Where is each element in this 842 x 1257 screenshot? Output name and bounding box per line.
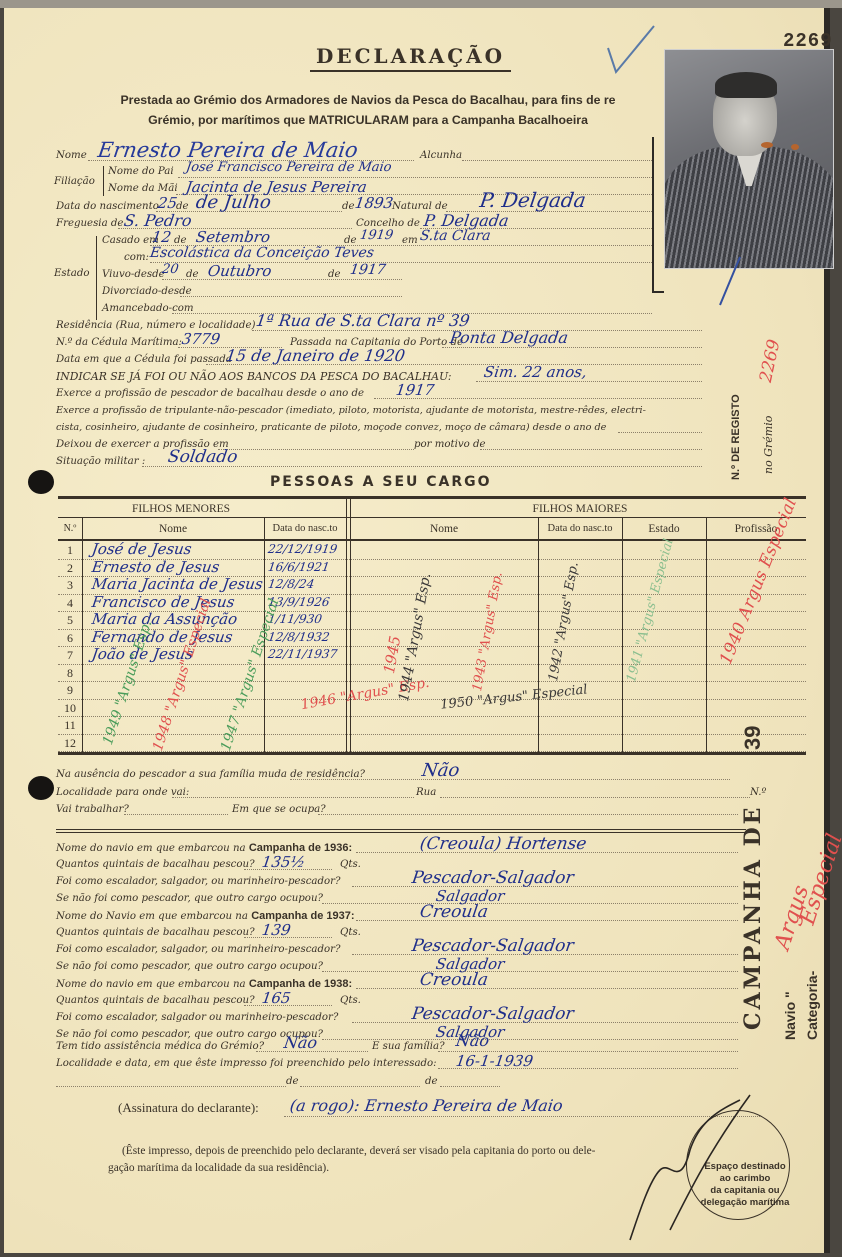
local-field[interactable] <box>56 1086 286 1087</box>
cedula-field[interactable]: 3779 <box>181 330 222 348</box>
note-line-2: gação marítima da localidade da sua resi… <box>108 1160 688 1177</box>
tripulante-label-2: cista, cosinheiro, ajudante de cosinheir… <box>56 422 606 433</box>
capitania-field[interactable]: Ponta Delgada <box>449 328 570 347</box>
assistencia-label: Tem tido assistência médica do Grémio? <box>56 1041 264 1052</box>
registo-label: N.º DE REGISTO <box>730 394 742 480</box>
bancos-field[interactable]: Sim. 22 anos, <box>483 363 588 381</box>
familia-field[interactable]: Não <box>455 1031 491 1050</box>
funcao-field[interactable]: Pescador-Salgador <box>411 936 575 956</box>
row-number: 6 <box>58 631 82 646</box>
col-header-data-minors: Data do nasc.to <box>264 523 346 534</box>
col-divider <box>706 518 707 755</box>
divider-rule <box>56 829 746 830</box>
quintais-field[interactable]: 139 <box>261 921 292 939</box>
cargo-line <box>322 971 738 972</box>
tripulante-label-1: Exerce a profissão de tripulante-não-pes… <box>56 405 646 416</box>
adults-header: FILHOS MAIORES <box>352 503 808 515</box>
minors-header: FILHOS MENORES <box>58 503 304 515</box>
estado-label: Estado <box>54 268 90 279</box>
cargo-label: Se não foi como pescador, que outro carg… <box>56 1029 323 1040</box>
natural-field[interactable]: P. Delgada <box>478 188 587 212</box>
mae-label: Nome da Mãi <box>108 183 178 194</box>
divider-rule <box>56 832 746 833</box>
binder-hole <box>28 470 54 494</box>
pai-field[interactable]: José Francisco Pereira de Maio <box>185 160 393 175</box>
quintais-field[interactable]: 165 <box>261 989 292 1007</box>
viuvo-mes-field[interactable]: Outubro <box>207 262 273 280</box>
motivo-field[interactable] <box>480 449 702 450</box>
checkmark-icon <box>600 20 656 76</box>
cargo-label: Se não foi como pescador, que outro carg… <box>56 893 323 904</box>
categoria-label: Categoria- <box>804 971 820 1040</box>
subtitle-line-1: Prestada ao Grémio dos Armadores de Navi… <box>48 90 688 110</box>
casado-mes-field[interactable]: Setembro <box>195 228 272 246</box>
navio-field[interactable]: Creoula <box>419 970 490 990</box>
minor-birthdate-cell[interactable]: 22/12/1919 <box>267 542 338 556</box>
gremio-label: no Grémio <box>762 416 775 474</box>
nome-label: Nome <box>56 150 87 161</box>
minor-name-cell[interactable]: Maria da Assunção <box>91 610 239 628</box>
de-label: de <box>342 201 355 212</box>
checkmark-icon <box>700 255 760 315</box>
subtitle-line-2: Grémio, por marítimos que MATRICULARAM p… <box>48 110 688 130</box>
year-field[interactable] <box>440 1086 500 1087</box>
row-number: 3 <box>58 578 82 593</box>
official-signature-scrawl <box>610 1090 760 1250</box>
viuvo-label: Viuvo-desde <box>102 269 165 280</box>
assinatura-label: (Assinatura do declarante): <box>118 1100 259 1116</box>
deixou-field[interactable] <box>218 449 414 450</box>
section-title-pessoas: PESSOAS A SEU CARGO <box>270 474 492 490</box>
quintais-label: Quantos quintais de bacalhau pescou? <box>56 927 255 938</box>
de-label: de <box>186 269 199 280</box>
casado-ano-field[interactable]: 1919 <box>359 228 394 243</box>
scan-top-edge <box>0 0 842 8</box>
row-number: 5 <box>58 613 82 628</box>
localidade-label: Localidade para onde vai: <box>56 787 189 798</box>
estado-brace <box>96 236 97 320</box>
de-label: de <box>425 1076 438 1087</box>
minor-birthdate-cell[interactable]: 12/8/24 <box>267 577 315 591</box>
navio-label: Nome do navio em que embarcou na Campanh… <box>56 842 352 854</box>
note-line-1: (Êste impresso, depois de preenchido pel… <box>108 1143 688 1160</box>
campanha-label: CAMPANHA DE <box>740 805 766 1030</box>
cedula-label: N.º da Cédula Marítima: <box>56 337 182 348</box>
minor-name-cell[interactable]: Maria Jacinta de Jesus <box>91 575 264 593</box>
trabalhar-field[interactable] <box>124 814 228 815</box>
localidade-data-field[interactable]: 16-1-1939 <box>455 1052 534 1070</box>
portrait-photo <box>664 49 834 269</box>
alcunha-label: Alcunha <box>420 150 462 161</box>
de-label: de <box>328 269 341 280</box>
col-divider <box>82 518 83 755</box>
familia-label: E sua família? <box>372 1041 445 1052</box>
navio-label-text: Nome do Navio em que embarcou na <box>56 911 251 922</box>
ausencia-line <box>290 779 730 780</box>
localidade-field[interactable] <box>172 797 414 798</box>
assinatura-field[interactable]: (a rogo): Ernesto Pereira de Maio <box>289 1096 564 1115</box>
row-number: 4 <box>58 596 82 611</box>
instructions-note: (Êste impresso, depois de preenchido pel… <box>108 1143 688 1177</box>
date-field[interactable] <box>300 1086 420 1087</box>
viuvo-ano-field[interactable]: 1917 <box>349 262 387 278</box>
qts-label: Qts. <box>340 995 361 1006</box>
cedula-data-field[interactable]: 15 de Janeiro de 1920 <box>225 346 407 365</box>
localidade-data-label: Localidade e data, em que êste impresso … <box>56 1058 437 1069</box>
campanha-year: 39 <box>740 726 766 750</box>
table-bottom-rule <box>58 752 806 755</box>
casado-local-field[interactable]: S.ta Clara <box>419 228 492 244</box>
row-number: 8 <box>58 666 82 681</box>
nascimento-mes-field[interactable]: de Julho <box>195 192 273 213</box>
table-subheader-rule <box>58 517 806 518</box>
nascimento-ano-field[interactable]: 1893 <box>354 194 395 212</box>
navio-label: Nome do Navio em que embarcou na Campanh… <box>56 910 355 922</box>
col-divider <box>538 518 539 755</box>
minor-birthdate-cell[interactable]: 12/8/1932 <box>267 630 330 644</box>
ocupa-label: Em que se ocupa? <box>232 804 326 815</box>
table-row <box>58 664 806 665</box>
form-subtitle: Prestada ao Grémio dos Armadores de Navi… <box>48 90 688 130</box>
quintais-field[interactable]: 135½ <box>261 853 307 871</box>
col-divider <box>622 518 623 755</box>
cargo-line <box>322 903 738 904</box>
alcunha-field[interactable] <box>462 160 652 161</box>
assistencia-field[interactable]: Não <box>283 1033 319 1052</box>
funcao-field[interactable]: Pescador-Salgador <box>411 868 575 888</box>
rua-field[interactable] <box>440 797 750 798</box>
cargo-line <box>322 1039 738 1040</box>
ocupa-field[interactable] <box>318 814 738 815</box>
photo-frame-border <box>652 137 664 293</box>
rua-label: Rua <box>416 787 436 798</box>
nome-field[interactable]: Ernesto Pereira de Maio <box>96 138 359 162</box>
quintais-label: Quantos quintais de bacalhau pescou? <box>56 859 255 870</box>
col-header-nome-adults: Nome <box>350 523 538 535</box>
minor-name-cell[interactable]: José de Jesus <box>91 540 193 558</box>
row-number: 1 <box>58 543 82 558</box>
militar-label: Situação militar : <box>56 456 145 467</box>
funcao-field[interactable]: Pescador-Salgador <box>411 1004 575 1024</box>
navio-field[interactable]: (Creoula) Hortense <box>419 834 588 854</box>
navio-line <box>356 920 738 921</box>
viuvo-dia-field[interactable]: 20 <box>161 262 180 277</box>
col-header-data-adults: Data do nasc.to <box>538 523 622 534</box>
binder-hole <box>28 776 54 800</box>
minor-birthdate-cell[interactable]: 22/11/1937 <box>267 647 338 661</box>
navio-label-text: Nome do navio em que embarcou na <box>56 843 249 854</box>
em-label: em <box>402 235 418 246</box>
col-header-num: N.º <box>58 523 82 534</box>
col-header-nome-minors: Nome <box>82 523 264 535</box>
ausencia-field[interactable]: Não <box>421 760 461 781</box>
pescador-desde-field[interactable]: 1917 <box>395 381 436 399</box>
rust-stain <box>761 142 773 148</box>
de-label: de <box>286 1076 299 1087</box>
com-field[interactable]: Escolástica da Conceição Teves <box>149 245 375 261</box>
funcao-label: Foi como escalador, salgador, ou marinhe… <box>56 876 341 887</box>
table-top-rule <box>58 496 806 499</box>
photo-hair <box>715 72 777 98</box>
pai-label: Nome do Pai <box>108 166 174 177</box>
divorciado-field[interactable] <box>180 296 402 297</box>
navio-label-text: Nome do navio em que embarcou na <box>56 979 249 990</box>
row-number: 7 <box>58 648 82 663</box>
minor-birthdate-cell[interactable]: 16/6/1921 <box>267 560 330 574</box>
row-number: 9 <box>58 683 82 698</box>
quintais-label: Quantos quintais de bacalhau pescou? <box>56 995 255 1006</box>
cargo-label: Se não foi como pescador, que outro carg… <box>56 961 323 972</box>
freguesia-label: Freguesia de <box>56 218 123 229</box>
divorciado-label: Divorciado-desde <box>102 286 192 297</box>
tripulante-field[interactable] <box>618 432 702 433</box>
capitania-line <box>442 347 702 348</box>
minor-name-cell[interactable]: Ernesto de Jesus <box>91 558 221 576</box>
row-number: 12 <box>58 736 82 751</box>
com-label: com: <box>124 252 149 263</box>
navio-label: Navio " <box>782 991 798 1040</box>
residencia-field[interactable]: 1ª Rua de S.ta Clara nº 39 <box>255 311 471 330</box>
residencia-label: Residência (Rua, número e localidade) <box>56 320 255 331</box>
navio-field[interactable]: Creoula <box>419 902 490 922</box>
bancos-label: INDICAR SE JÁ FOI OU NÃO AOS BANCOS DA P… <box>56 370 451 383</box>
casado-dia-field[interactable]: 12 <box>151 228 173 246</box>
qts-label: Qts. <box>340 859 361 870</box>
qts-label: Qts. <box>340 927 361 938</box>
row-number: 11 <box>58 718 82 733</box>
row-number: 2 <box>58 561 82 576</box>
col-header-estado: Estado <box>622 523 706 535</box>
navio-label: Nome do navio em que embarcou na Campanh… <box>56 978 352 990</box>
page-title: DECLARAÇÃO <box>310 44 511 72</box>
bancos-line <box>476 381 702 382</box>
motivo-label: por motivo de <box>414 439 486 450</box>
militar-field[interactable]: Soldado <box>167 447 239 467</box>
row-number: 10 <box>58 701 82 716</box>
navio-line <box>356 988 738 989</box>
pescador-desde-label: Exerce a profissão de pescador de bacalh… <box>56 388 364 399</box>
filiacao-label: Filiação <box>54 176 95 187</box>
rust-stain <box>791 144 799 150</box>
filiacao-brace <box>103 166 104 196</box>
numero-label: N.º <box>750 787 766 798</box>
trabalhar-label: Vai trabalhar? <box>56 804 129 815</box>
minor-name-cell[interactable]: Fernando de Jesus <box>91 628 234 646</box>
funcao-label: Foi como escalador, salgador, ou marinhe… <box>56 944 341 955</box>
funcao-label: Foi como escalador, salgador ou marinhei… <box>56 1012 338 1023</box>
